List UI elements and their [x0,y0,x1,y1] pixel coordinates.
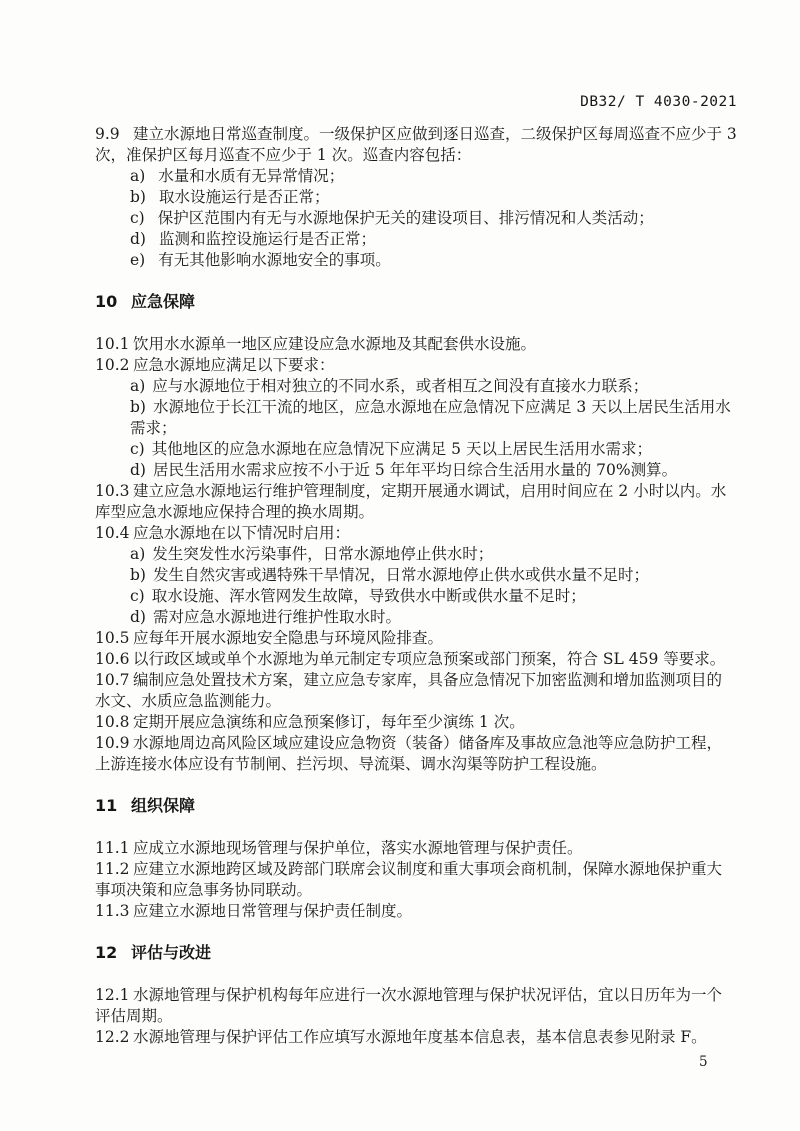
list-item-text: 水量和水质有无异常情况； [158,167,344,185]
clause-text: 应建立水源地跨区域及跨部门联席会议制度和重大事项会商机制，保障水源地保护重大事项… [95,860,722,899]
list-item-label: b) [130,397,146,418]
list-item-text: 其他地区的应急水源地在应急情况下应满足 5 天以上居民生活用水需求； [152,440,652,458]
clause-10-2-list: a)应与水源地位于相对独立的不同水系，或者相互之间没有直接水力联系； b)水源地… [95,376,737,481]
list-item-label: b) [130,565,146,586]
list-item: e)有无其他影响水源地安全的事项。 [95,250,737,271]
list-item-text: 取水设施运行是否正常； [159,188,330,206]
clause-text: 编制应急处置技术方案，建立应急专家库，具备应急情况下加密监测和增加监测项目的水文… [95,671,722,710]
list-item: b)发生自然灾害或遇特殊干旱情况，日常水源地停止供水或供水量不足时； [95,565,737,586]
list-item-text: 取水设施、浑水管网发生故障，导致供水中断或供水量不足时； [152,587,586,605]
doc-code: DB32/ T 4030-2021 [580,94,737,110]
clause-9-9-list: a)水量和水质有无异常情况； b)取水设施运行是否正常； c)保护区范围内有无与… [95,166,737,271]
clause-text: 定期开展应急演练和应急预案修订，每年至少演练 1 次。 [133,713,525,731]
list-item-text: 发生突发性水污染事件，日常水源地停止供水时； [152,545,493,563]
list-item: d)居民生活用水需求应按不小于近 5 年年平均日综合生活用水量的 70%测算。 [95,460,737,481]
clause-number: 12.1 [95,985,133,1006]
section-title: 应急保障 [131,292,195,311]
list-item: a)水量和水质有无异常情况； [95,166,737,187]
clause-text: 水源地周边高风险区域应建设应急物资（装备）储备库及事故应急池等应急防护工程，上游… [95,734,722,773]
clause-10-7: 10.7编制应急处置技术方案，建立应急专家库，具备应急情况下加密监测和增加监测项… [95,670,737,712]
section-heading-12: 12评估与改进 [95,942,737,963]
section-title: 评估与改进 [131,943,211,962]
list-item: d)需对应急水源地进行维护性取水时。 [95,607,737,628]
list-item: c)其他地区的应急水源地在应急情况下应满足 5 天以上居民生活用水需求； [95,439,737,460]
clause-10-4: 10.4应急水源地在以下情况时启用： [95,523,737,544]
clause-text: 水源地管理与保护评估工作应填写水源地年度基本信息表，基本信息表参见附录 F。 [133,1028,707,1046]
document-header: DB32/ T 4030-2021 [95,92,737,113]
page-number: 5 [699,1052,708,1073]
clause-text: 建立水源地日常巡查制度。一级保护区应做到逐日巡查，二级保护区每周巡查不应少于 3… [95,125,737,164]
list-item-label: d) [130,229,146,250]
clause-number: 10.5 [95,628,133,649]
list-item-label: d) [130,607,146,628]
list-item: c)取水设施、浑水管网发生故障，导致供水中断或供水量不足时； [95,586,737,607]
clause-9-9: 9.9建立水源地日常巡查制度。一级保护区应做到逐日巡查，二级保护区每周巡查不应少… [95,124,737,166]
clause-text: 应急水源地在以下情况时启用： [133,524,350,542]
clause-11-3: 11.3应建立水源地日常管理与保护责任制度。 [95,901,737,922]
list-item-label: b) [130,187,146,208]
document-page: DB32/ T 4030-2021 9.9建立水源地日常巡查制度。一级保护区应做… [0,0,800,1131]
list-item-text: 监测和监控设施运行是否正常； [159,230,376,248]
list-item-label: e) [130,250,145,271]
list-item-text: 保护区范围内有无与水源地保护无关的建设项目、排污情况和人类活动； [158,209,654,227]
clause-number: 10.8 [95,712,133,733]
clause-number: 10.7 [95,670,133,691]
list-item-text: 水源地位于长江干流的地区，应急水源地在应急情况下应满足 3 天以上居民生活用水需… [130,398,731,437]
clause-11-2: 11.2应建立水源地跨区域及跨部门联席会议制度和重大事项会商机制，保障水源地保护… [95,859,737,901]
document-body: 9.9建立水源地日常巡查制度。一级保护区应做到逐日巡查，二级保护区每周巡查不应少… [95,124,737,1048]
list-item: a)应与水源地位于相对独立的不同水系，或者相互之间没有直接水力联系； [95,376,737,397]
clause-number: 9.9 [95,124,133,145]
section-heading-11: 11组织保障 [95,795,737,816]
clause-number: 10.1 [95,334,133,355]
clause-10-3: 10.3建立应急水源地运行维护管理制度，定期开展通水调试，启用时间应在 2 小时… [95,481,737,523]
clause-10-8: 10.8定期开展应急演练和应急预案修订，每年至少演练 1 次。 [95,712,737,733]
list-item-text: 有无其他影响水源地安全的事项。 [158,251,391,269]
clause-text: 应每年开展水源地安全隐患与环境风险排查。 [133,629,443,647]
list-item-label: a) [130,166,145,187]
list-item-text: 应与水源地位于相对独立的不同水系，或者相互之间没有直接水力联系； [152,377,648,395]
section-number: 10 [95,291,131,312]
list-item-label: d) [130,460,146,481]
clause-text: 应建立水源地日常管理与保护责任制度。 [133,902,412,920]
clause-10-4-list: a)发生突发性水污染事件，日常水源地停止供水时； b)发生自然灾害或遇特殊干旱情… [95,544,737,628]
list-item: d)监测和监控设施运行是否正常； [95,229,737,250]
section-heading-10: 10应急保障 [95,291,737,312]
list-item-text: 居民生活用水需求应按不小于近 5 年年平均日综合生活用水量的 70%测算。 [153,461,677,479]
clause-number: 10.4 [95,523,133,544]
clause-10-5: 10.5应每年开展水源地安全隐患与环境风险排查。 [95,628,737,649]
clause-10-9: 10.9水源地周边高风险区域应建设应急物资（装备）储备库及事故应急池等应急防护工… [95,733,737,775]
list-item-label: c) [130,586,145,607]
clause-number: 11.3 [95,901,133,922]
section-title: 组织保障 [131,796,195,815]
clause-number: 10.3 [95,481,133,502]
list-item: a)发生突发性水污染事件，日常水源地停止供水时； [95,544,737,565]
list-item-label: c) [130,439,145,460]
clause-number: 11.1 [95,838,133,859]
clause-number: 10.2 [95,355,133,376]
list-item-label: a) [130,544,145,565]
clause-number: 10.6 [95,649,133,670]
clause-12-1: 12.1水源地管理与保护机构每年应进行一次水源地管理与保护状况评估，宜以日历年为… [95,985,737,1027]
list-item-label: c) [130,208,145,229]
list-item-text: 发生自然灾害或遇特殊干旱情况，日常水源地停止供水或供水量不足时； [153,566,649,584]
clause-number: 11.2 [95,859,133,880]
clause-10-6: 10.6以行政区域或单个水源地为单元制定专项应急预案或部门预案，符合 SL 45… [95,649,737,670]
clause-text: 水源地管理与保护机构每年应进行一次水源地管理与保护状况评估，宜以日历年为一个评估… [95,986,722,1025]
clause-number: 10.9 [95,733,133,754]
clause-text: 以行政区域或单个水源地为单元制定专项应急预案或部门预案，符合 SL 459 等要… [133,650,725,668]
list-item-label: a) [130,376,145,397]
list-item-text: 需对应急水源地进行维护性取水时。 [153,608,401,626]
list-item: b)水源地位于长江干流的地区，应急水源地在应急情况下应满足 3 天以上居民生活用… [95,397,737,439]
clause-text: 应急水源地应满足以下要求： [133,356,335,374]
clause-12-2: 12.2水源地管理与保护评估工作应填写水源地年度基本信息表，基本信息表参见附录 … [95,1027,737,1048]
list-item: c)保护区范围内有无与水源地保护无关的建设项目、排污情况和人类活动； [95,208,737,229]
list-item: b)取水设施运行是否正常； [95,187,737,208]
clause-text: 饮用水水源单一地区应建设应急水源地及其配套供水设施。 [133,335,536,353]
clause-text: 应成立水源地现场管理与保护单位，落实水源地管理与保护责任。 [133,839,583,857]
clause-number: 12.2 [95,1027,133,1048]
clause-text: 建立应急水源地运行维护管理制度，定期开展通水调试，启用时间应在 2 小时以内。水… [95,482,726,521]
section-number: 12 [95,942,131,963]
clause-10-2: 10.2应急水源地应满足以下要求： [95,355,737,376]
clause-10-1: 10.1饮用水水源单一地区应建设应急水源地及其配套供水设施。 [95,334,737,355]
clause-11-1: 11.1应成立水源地现场管理与保护单位，落实水源地管理与保护责任。 [95,838,737,859]
section-number: 11 [95,795,131,816]
